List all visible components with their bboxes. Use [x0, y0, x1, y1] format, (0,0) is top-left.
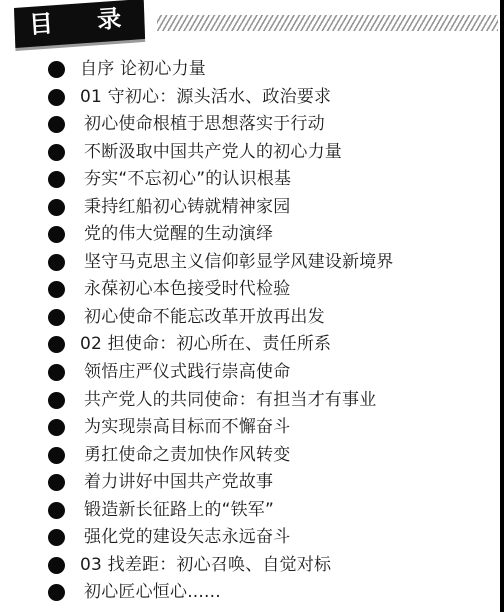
- toc-item-label: 强化党的建设矢志永远奋斗: [84, 524, 290, 550]
- toc-page: 目 录 自序 论初心力量 01 守初心：源头活水、政治要求 初心使命根植于思想落…: [0, 0, 500, 612]
- toc-item-label: 不断汲取中国共产党人的初心力量: [84, 139, 342, 165]
- bullet-icon: [48, 419, 65, 436]
- toc-item[interactable]: 锻造新长征路上的“铁军”: [0, 495, 500, 523]
- toc-item[interactable]: 初心使命根植于思想落实于行动: [0, 109, 500, 137]
- toc-item-label: 01 守初心：源头活水、政治要求: [80, 84, 331, 110]
- bullet-icon: [48, 281, 65, 298]
- toc-item-label: 初心使命不能忘改革开放再出发: [84, 304, 325, 330]
- toc-item-label: 领悟庄严仪式践行崇高使命: [84, 359, 290, 385]
- toc-section-01[interactable]: 01 守初心：源头活水、政治要求: [0, 82, 500, 110]
- bullet-icon: [48, 474, 65, 491]
- toc-item[interactable]: 夯实“不忘初心”的认识根基: [0, 164, 500, 192]
- toc-item[interactable]: 党的伟大觉醒的生动演绎: [0, 219, 500, 247]
- toc-item-label: 共产党人的共同使命：有担当才有事业: [84, 387, 376, 413]
- toc-item-label: 夯实“不忘初心”的认识根基: [84, 166, 291, 192]
- toc-item[interactable]: 永葆初心本色接受时代检验: [0, 274, 500, 302]
- toc-item[interactable]: 勇扛使命之责加快作风转变: [0, 440, 500, 468]
- bullet-icon: [48, 171, 65, 188]
- bullet-icon: [48, 89, 65, 106]
- toc-item-label: 初心匠心恒心......: [84, 579, 221, 605]
- bullet-icon: [48, 309, 65, 326]
- bullet-icon: [48, 336, 65, 353]
- decorative-hatch-stripe: [157, 15, 498, 31]
- toc-item-label: 着力讲好中国共产党故事: [84, 469, 273, 495]
- bullet-icon: [48, 557, 65, 574]
- toc-item-preface[interactable]: 自序 论初心力量: [0, 54, 500, 82]
- toc-item[interactable]: 为实现崇高目标而不懈奋斗: [0, 412, 500, 440]
- bullet-icon: [48, 116, 65, 133]
- toc-item[interactable]: 领悟庄严仪式践行崇高使命: [0, 357, 500, 385]
- toc-item[interactable]: 不断汲取中国共产党人的初心力量: [0, 137, 500, 165]
- bullet-icon: [48, 144, 65, 161]
- toc-item[interactable]: 共产党人的共同使命：有担当才有事业: [0, 385, 500, 413]
- toc-section-03[interactable]: 03 找差距：初心召唤、自觉对标: [0, 550, 500, 578]
- bullet-icon: [48, 584, 65, 601]
- page-edge-border: [500, 0, 504, 612]
- toc-item-label: 秉持红船初心铸就精神家园: [84, 194, 290, 220]
- toc-item-label: 党的伟大觉醒的生动演绎: [84, 221, 273, 247]
- bullet-icon: [48, 61, 65, 78]
- toc-item-label: 锻造新长征路上的“铁军”: [84, 497, 274, 523]
- toc-item-label: 勇扛使命之责加快作风转变: [84, 442, 290, 468]
- toc-item-label: 为实现崇高目标而不懈奋斗: [84, 414, 290, 440]
- toc-item[interactable]: 初心匠心恒心......: [0, 577, 500, 605]
- bullet-icon: [48, 502, 65, 519]
- toc-item[interactable]: 秉持红船初心铸就精神家园: [0, 192, 500, 220]
- toc-section-02[interactable]: 02 担使命：初心所在、责任所系: [0, 329, 500, 357]
- bullet-icon: [48, 392, 65, 409]
- toc-item[interactable]: 坚守马克思主义信仰彰显学风建设新境界: [0, 247, 500, 275]
- toc-item-label: 坚守马克思主义信仰彰显学风建设新境界: [84, 249, 394, 275]
- bullet-icon: [48, 364, 65, 381]
- toc-item[interactable]: 强化党的建设矢志永远奋斗: [0, 522, 500, 550]
- toc-item-label: 02 担使命：初心所在、责任所系: [80, 331, 331, 357]
- toc-item-label: 03 找差距：初心召唤、自觉对标: [80, 552, 331, 578]
- bullet-icon: [48, 226, 65, 243]
- toc-item-label: 初心使命根植于思想落实于行动: [84, 111, 325, 137]
- toc-item[interactable]: 着力讲好中国共产党故事: [0, 467, 500, 495]
- table-of-contents-list: 自序 论初心力量 01 守初心：源头活水、政治要求 初心使命根植于思想落实于行动…: [0, 54, 500, 605]
- bullet-icon: [48, 199, 65, 216]
- bullet-icon: [48, 447, 65, 464]
- bullet-icon: [48, 254, 65, 271]
- toc-item-label: 永葆初心本色接受时代检验: [84, 276, 290, 302]
- bullet-icon: [48, 529, 65, 546]
- toc-item[interactable]: 初心使命不能忘改革开放再出发: [0, 302, 500, 330]
- toc-item-label: 自序 论初心力量: [80, 56, 206, 82]
